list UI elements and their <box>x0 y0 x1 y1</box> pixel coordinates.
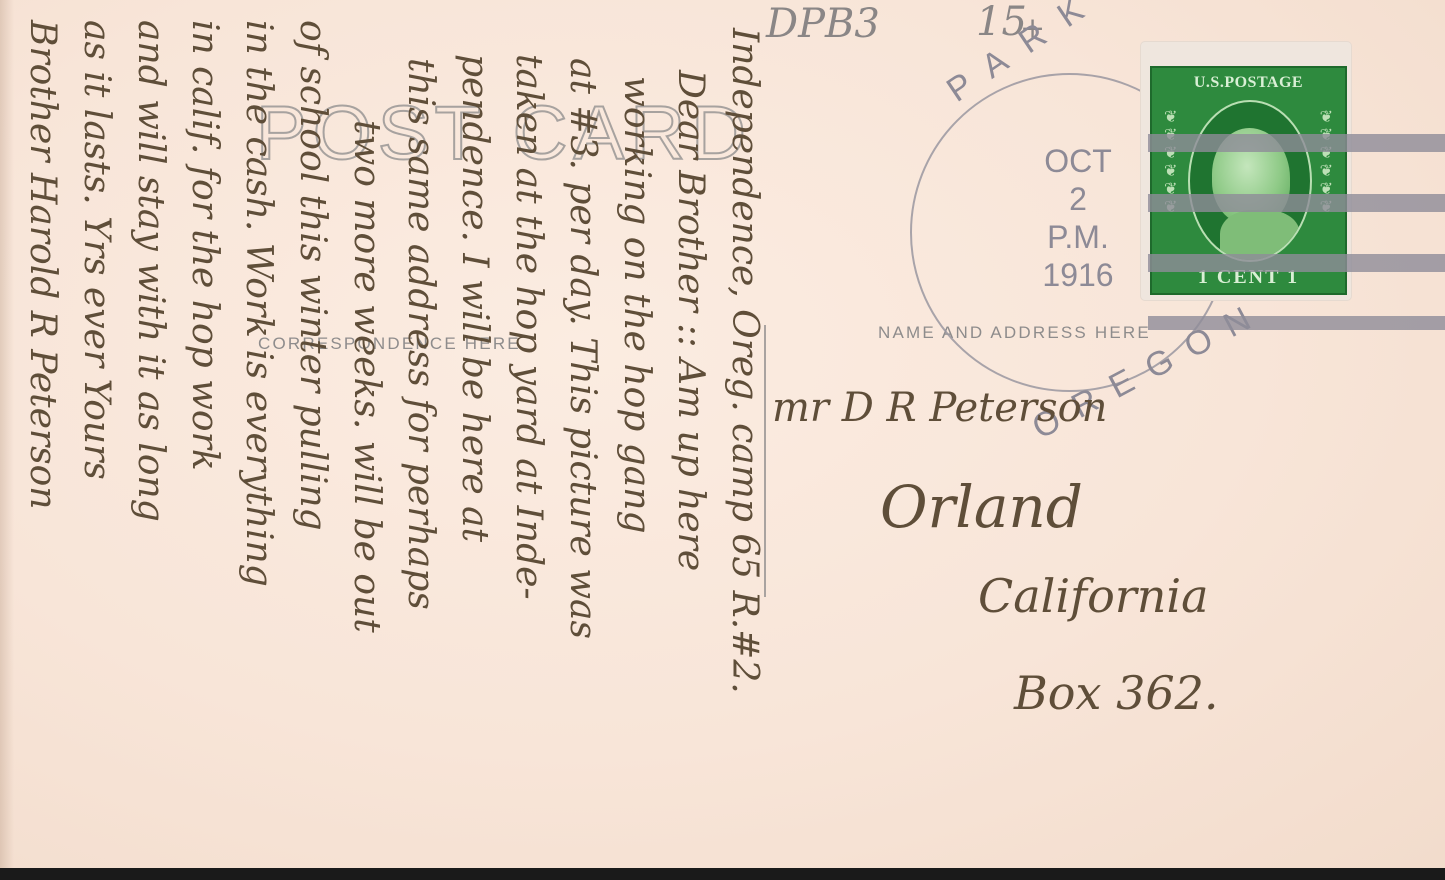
postmark-month: OCT <box>1028 142 1128 180</box>
message-line: as it lasts. Yrs ever Yours <box>78 20 114 480</box>
message-line: Dear Brother :: Am up here <box>672 70 708 571</box>
message-line: and will stay with it as long <box>132 20 168 522</box>
postcard-back: POST CARD CORRESPONDENCE HERE NAME AND A… <box>0 0 1445 868</box>
postmark-date: OCT 2 P.M. 1916 <box>1028 142 1128 294</box>
cancel-bar <box>1148 194 1445 212</box>
message-line: Brother Harold R Peterson <box>24 20 60 509</box>
address-name: mr D R Peterson <box>772 388 1107 428</box>
message-line: in the cash. Work is everything <box>240 20 276 587</box>
message-line: two more weeks. will be out <box>348 120 384 633</box>
handwritten-message: Independence, Oreg. camp 65 R.#2.Dear Br… <box>0 0 770 868</box>
address-box: Box 362. <box>1014 670 1218 716</box>
address-state: California <box>978 573 1209 619</box>
postmark-time: P.M. <box>1028 218 1128 256</box>
address-city: Orland <box>880 478 1083 536</box>
postmark-day: 2 <box>1028 180 1128 218</box>
message-line: pendence. I will be here at <box>456 54 492 542</box>
message-line: taken at the hop yard at Inde- <box>510 54 546 600</box>
message-line: Independence, Oreg. camp 65 R.#2. <box>726 28 762 694</box>
cancel-bar <box>1148 316 1445 330</box>
cancellation-bars <box>1148 134 1445 334</box>
message-line: this same address for perhaps <box>402 58 438 610</box>
message-line: of school this winter pulling <box>294 20 330 531</box>
cancel-bar <box>1148 254 1445 272</box>
pencil-code-note: DPB3 <box>766 4 880 44</box>
message-line: in calif. for the hop work <box>186 20 222 471</box>
message-line: at #3. per day. This picture was <box>564 58 600 639</box>
cancel-bar <box>1148 134 1445 152</box>
postmark-year: 1916 <box>1028 256 1128 294</box>
stamp-top-text: U.S.POSTAGE <box>1152 74 1345 92</box>
message-line: working on the hop gang <box>618 76 654 534</box>
